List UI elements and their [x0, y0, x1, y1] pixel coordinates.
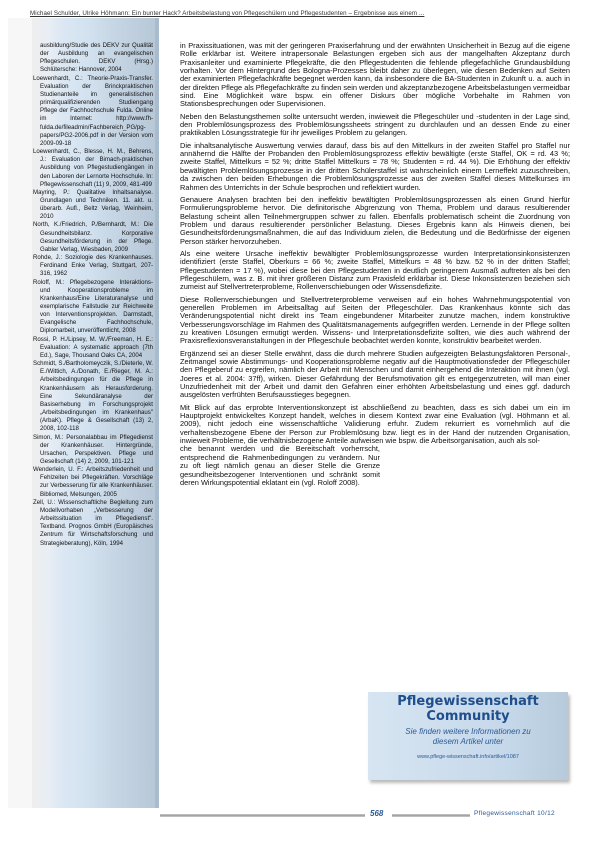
paragraph-continuation: che benannt werden und die Bereitschaft …	[180, 445, 380, 487]
reference-item: Wenderlein, U. F.: Arbeitszufriedenheit …	[33, 466, 153, 499]
reference-item: Rohde, J.: Soziologie des Krankenhauses.…	[33, 254, 153, 278]
reference-item: Schmidt, S./Bartholomeyczik, S./Dieterle…	[33, 360, 153, 433]
reference-item: Loewenhardt, C.: Theorie-Praxis-Transfer…	[33, 75, 153, 148]
running-head: Michael Schulder, Ulrike Höhmann: Ein bu…	[30, 10, 575, 17]
reference-item: Mayring, P.: Qualitative Inhaltsanalyse.…	[33, 189, 153, 222]
paragraph: Mit Blick auf das erprobte Interventions…	[180, 404, 570, 446]
paragraph: in Praxissituationen, was mit der gering…	[180, 42, 570, 109]
paragraph: Als eine weitere Ursache ineffektiv bewä…	[180, 250, 570, 292]
promo-text: Sie finden weitere Informationen zu dies…	[368, 727, 568, 747]
promo-text-line: diesem Artikel unter	[368, 737, 568, 747]
sidebar-edge	[155, 18, 159, 808]
page-number: 568	[370, 809, 383, 818]
paragraph: Diese Rollenverschiebungen und Stellvert…	[180, 296, 570, 346]
promo-title: Pflegewissenschaft Community	[368, 692, 568, 724]
journal-issue: Pflegewissenschaft 10/12	[474, 810, 555, 817]
reference-item: North, K./Friedrich, P./Bernhardt, M.: D…	[33, 221, 153, 254]
reference-item: Zell, U.: Wissenschaftliche Begleitung z…	[33, 499, 153, 548]
promo-title-line: Community	[368, 709, 568, 724]
reference-item: Simon, M.: Personalabbau im Pflegedienst…	[33, 434, 153, 467]
paragraph: Neben den Belastungsthemen sollte unters…	[180, 113, 570, 138]
promo-text-line: Sie finden weitere Informationen zu	[368, 727, 568, 737]
footer-rule-right	[392, 814, 470, 817]
promo-url-link[interactable]: www.pflege-wissenschaft.info/artikel/108…	[368, 754, 568, 760]
reference-list: ausbildung/Studie des DEKV zur Qualität …	[33, 42, 153, 548]
reference-item: Roloff, M.: Pflegebezogene Interaktions-…	[33, 279, 153, 336]
promo-title-line: Pflegewissenschaft	[368, 694, 568, 709]
paragraph: Die inhaltsanalytische Auswertung verwie…	[180, 142, 570, 192]
paragraph: Ergänzend sei an dieser Stelle erwähnt, …	[180, 350, 570, 400]
reference-item: ausbildung/Studie des DEKV zur Qualität …	[33, 42, 153, 75]
footer-rule-left	[160, 814, 365, 817]
article-body: in Praxissituationen, was mit der gering…	[180, 42, 570, 491]
reference-item: Loewenhardt, C., Blesse, H. M., Behrens,…	[33, 148, 153, 189]
paragraph: Genauere Analysen brachten bei den ineff…	[180, 196, 570, 246]
reference-item: Rossi, P. H./Lipsey, M. W./Freeman, H. E…	[33, 336, 153, 360]
community-promo-box[interactable]: Pflegewissenschaft Community Sie finden …	[368, 692, 568, 780]
